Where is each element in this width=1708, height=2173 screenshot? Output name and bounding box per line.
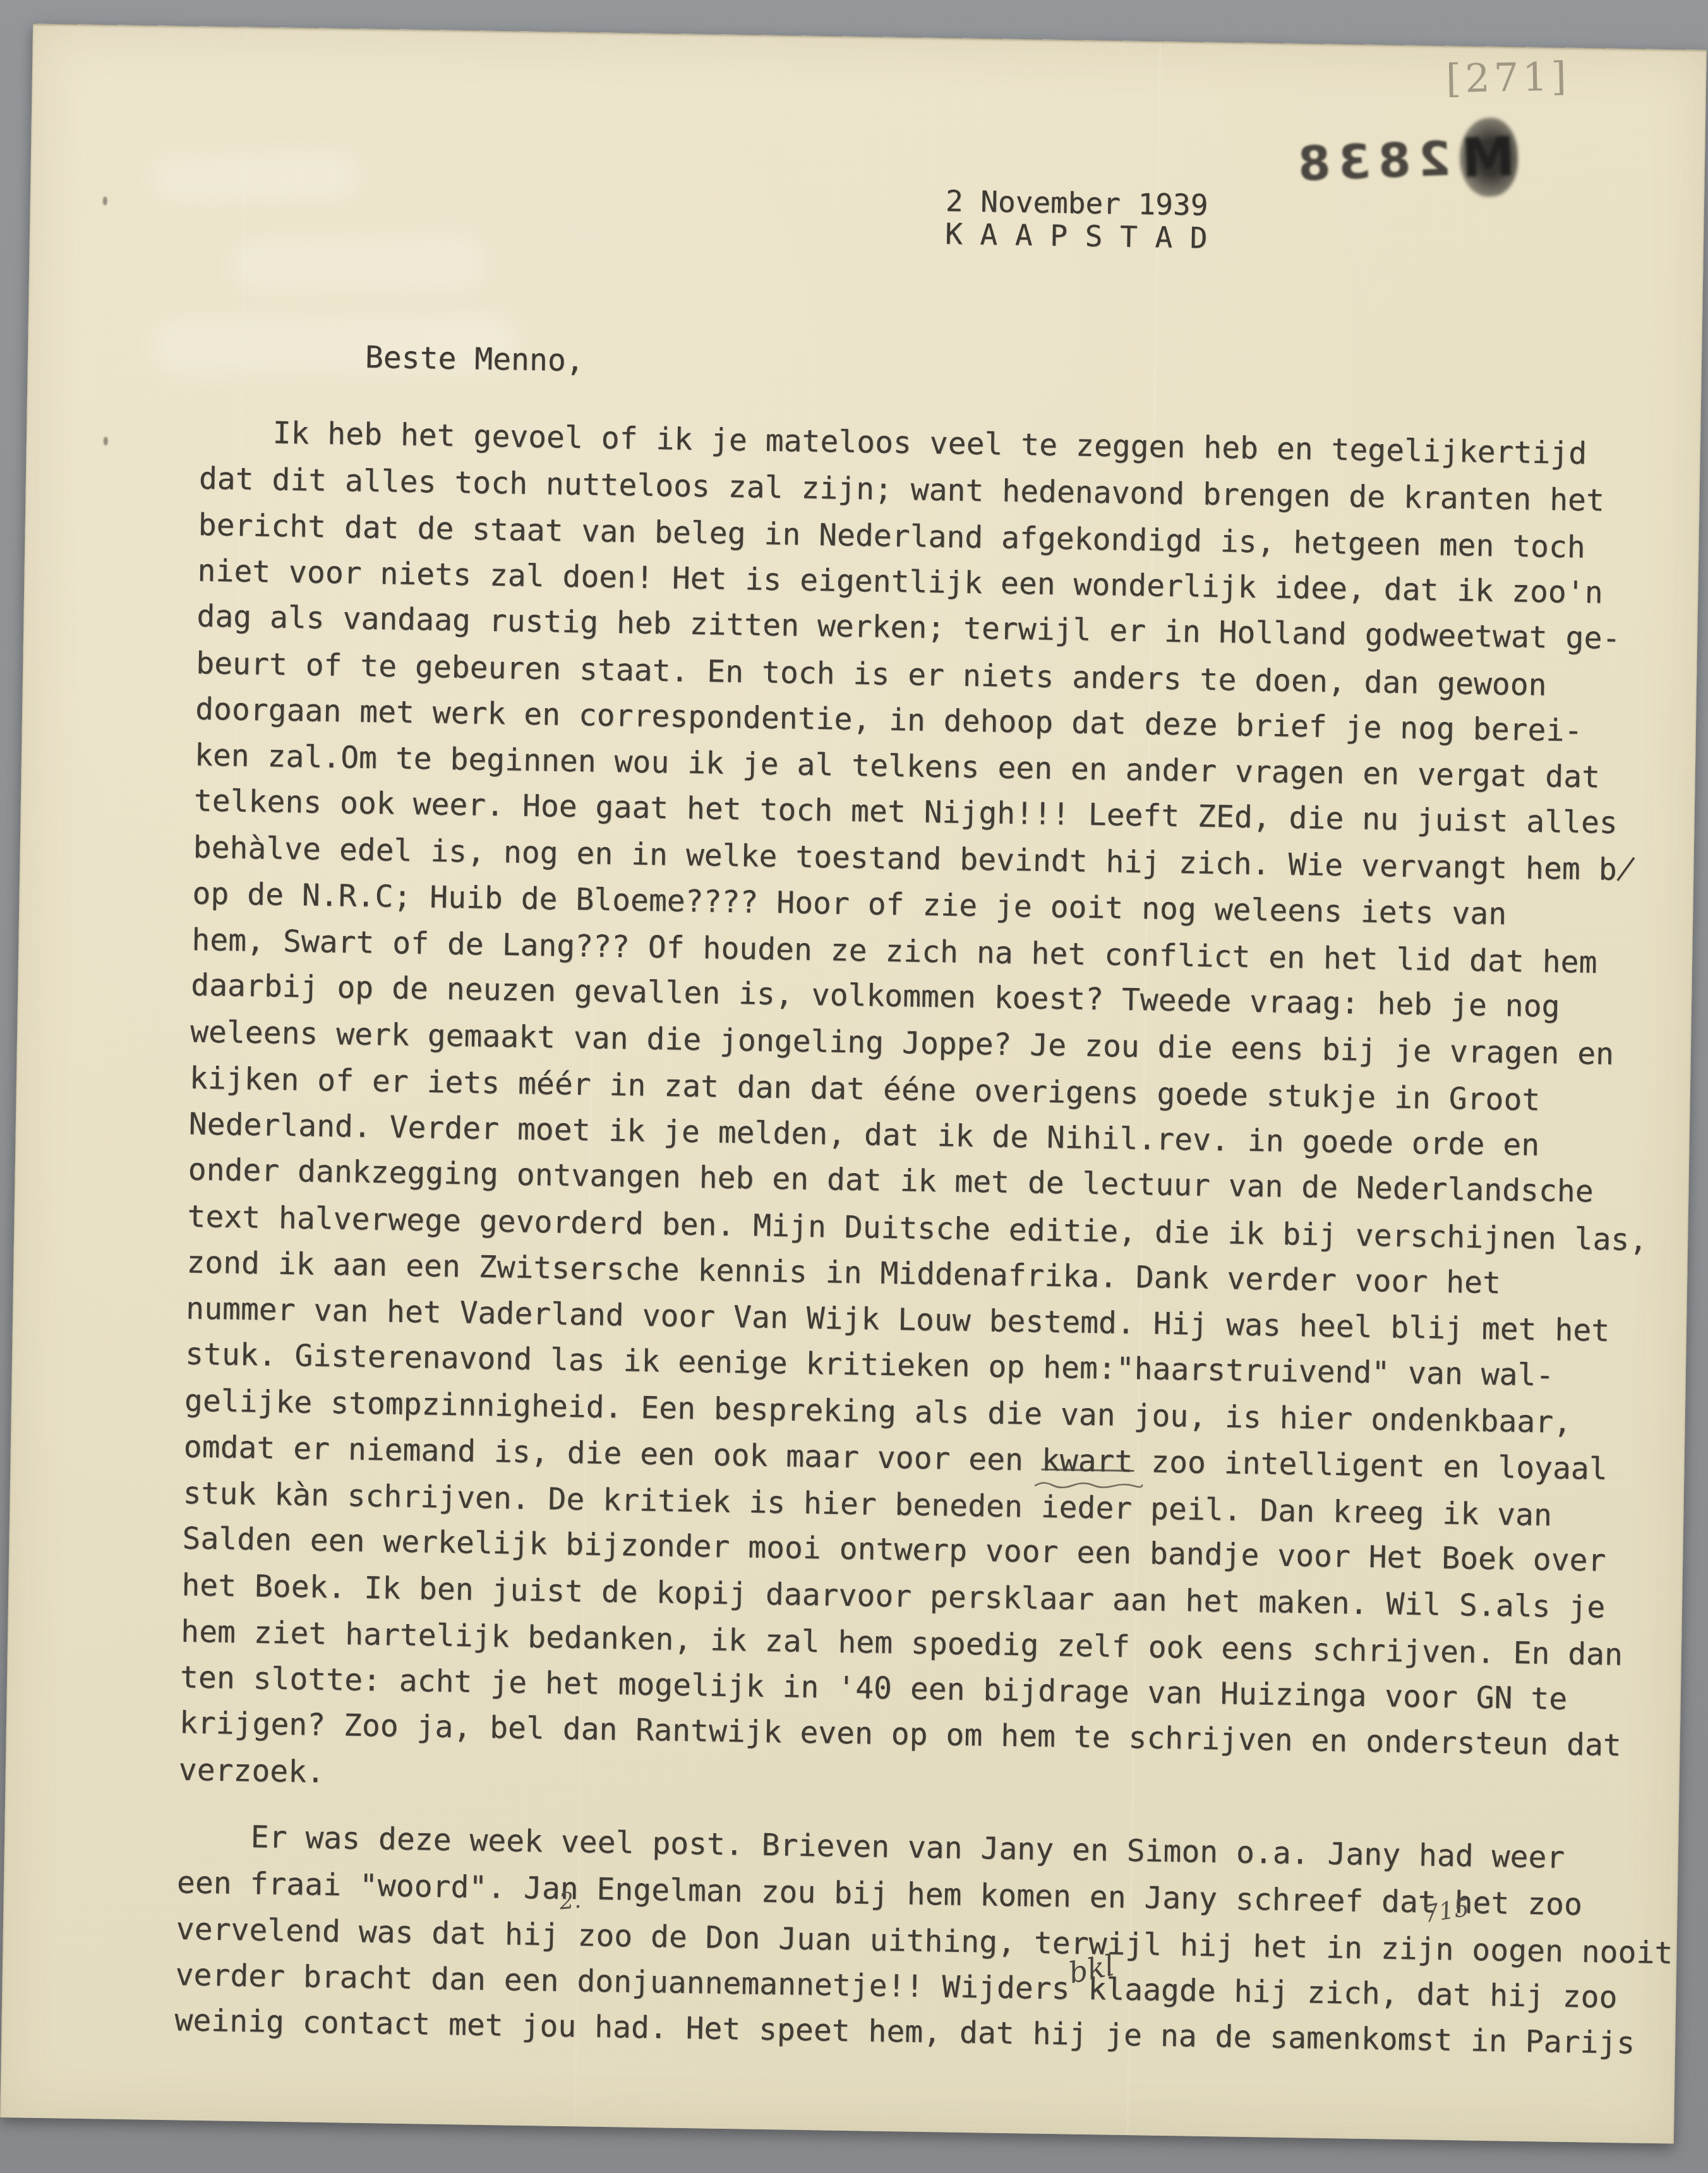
date-block: 2 November 1939 K A A P S T A D [945,184,1208,255]
salutation: Beste Menno, [365,340,585,378]
stamp-digits: 2838 [1289,131,1452,191]
archive-page-number: [271] [1445,53,1572,102]
letter-date: 2 November 1939 [946,184,1208,222]
letter-page: [271] M 2838 2 November 1939 K A A P S T… [0,23,1707,2143]
stamp-ink-blob: M [1458,117,1520,198]
paragraph-1: Ik heb het gevoel of ik je mateloos veel… [178,410,1707,1817]
scan-background: [271] M 2838 2 November 1939 K A A P S T… [0,0,1708,2173]
stamp-mirrored-text: M 2838 [1289,117,1519,204]
archive-stamp: M 2838 [1289,117,1520,207]
paper-speck [103,196,107,205]
kwart-squiggle-underline [1033,1479,1144,1492]
handwritten-superscript: 2. [558,1887,582,1915]
ghost-letterhead-row [231,236,484,292]
ghost-letterhead-row [150,152,359,202]
paragraph-2: Er was deze week veel post. Brieven van … [174,1814,1693,2068]
stamp-letter: M [1460,125,1516,190]
letter-place: K A A P S T A D [945,217,1208,255]
paper-speck [104,436,108,445]
letter-body: Ik heb het gevoel of ik je mateloos veel… [174,410,1707,2068]
